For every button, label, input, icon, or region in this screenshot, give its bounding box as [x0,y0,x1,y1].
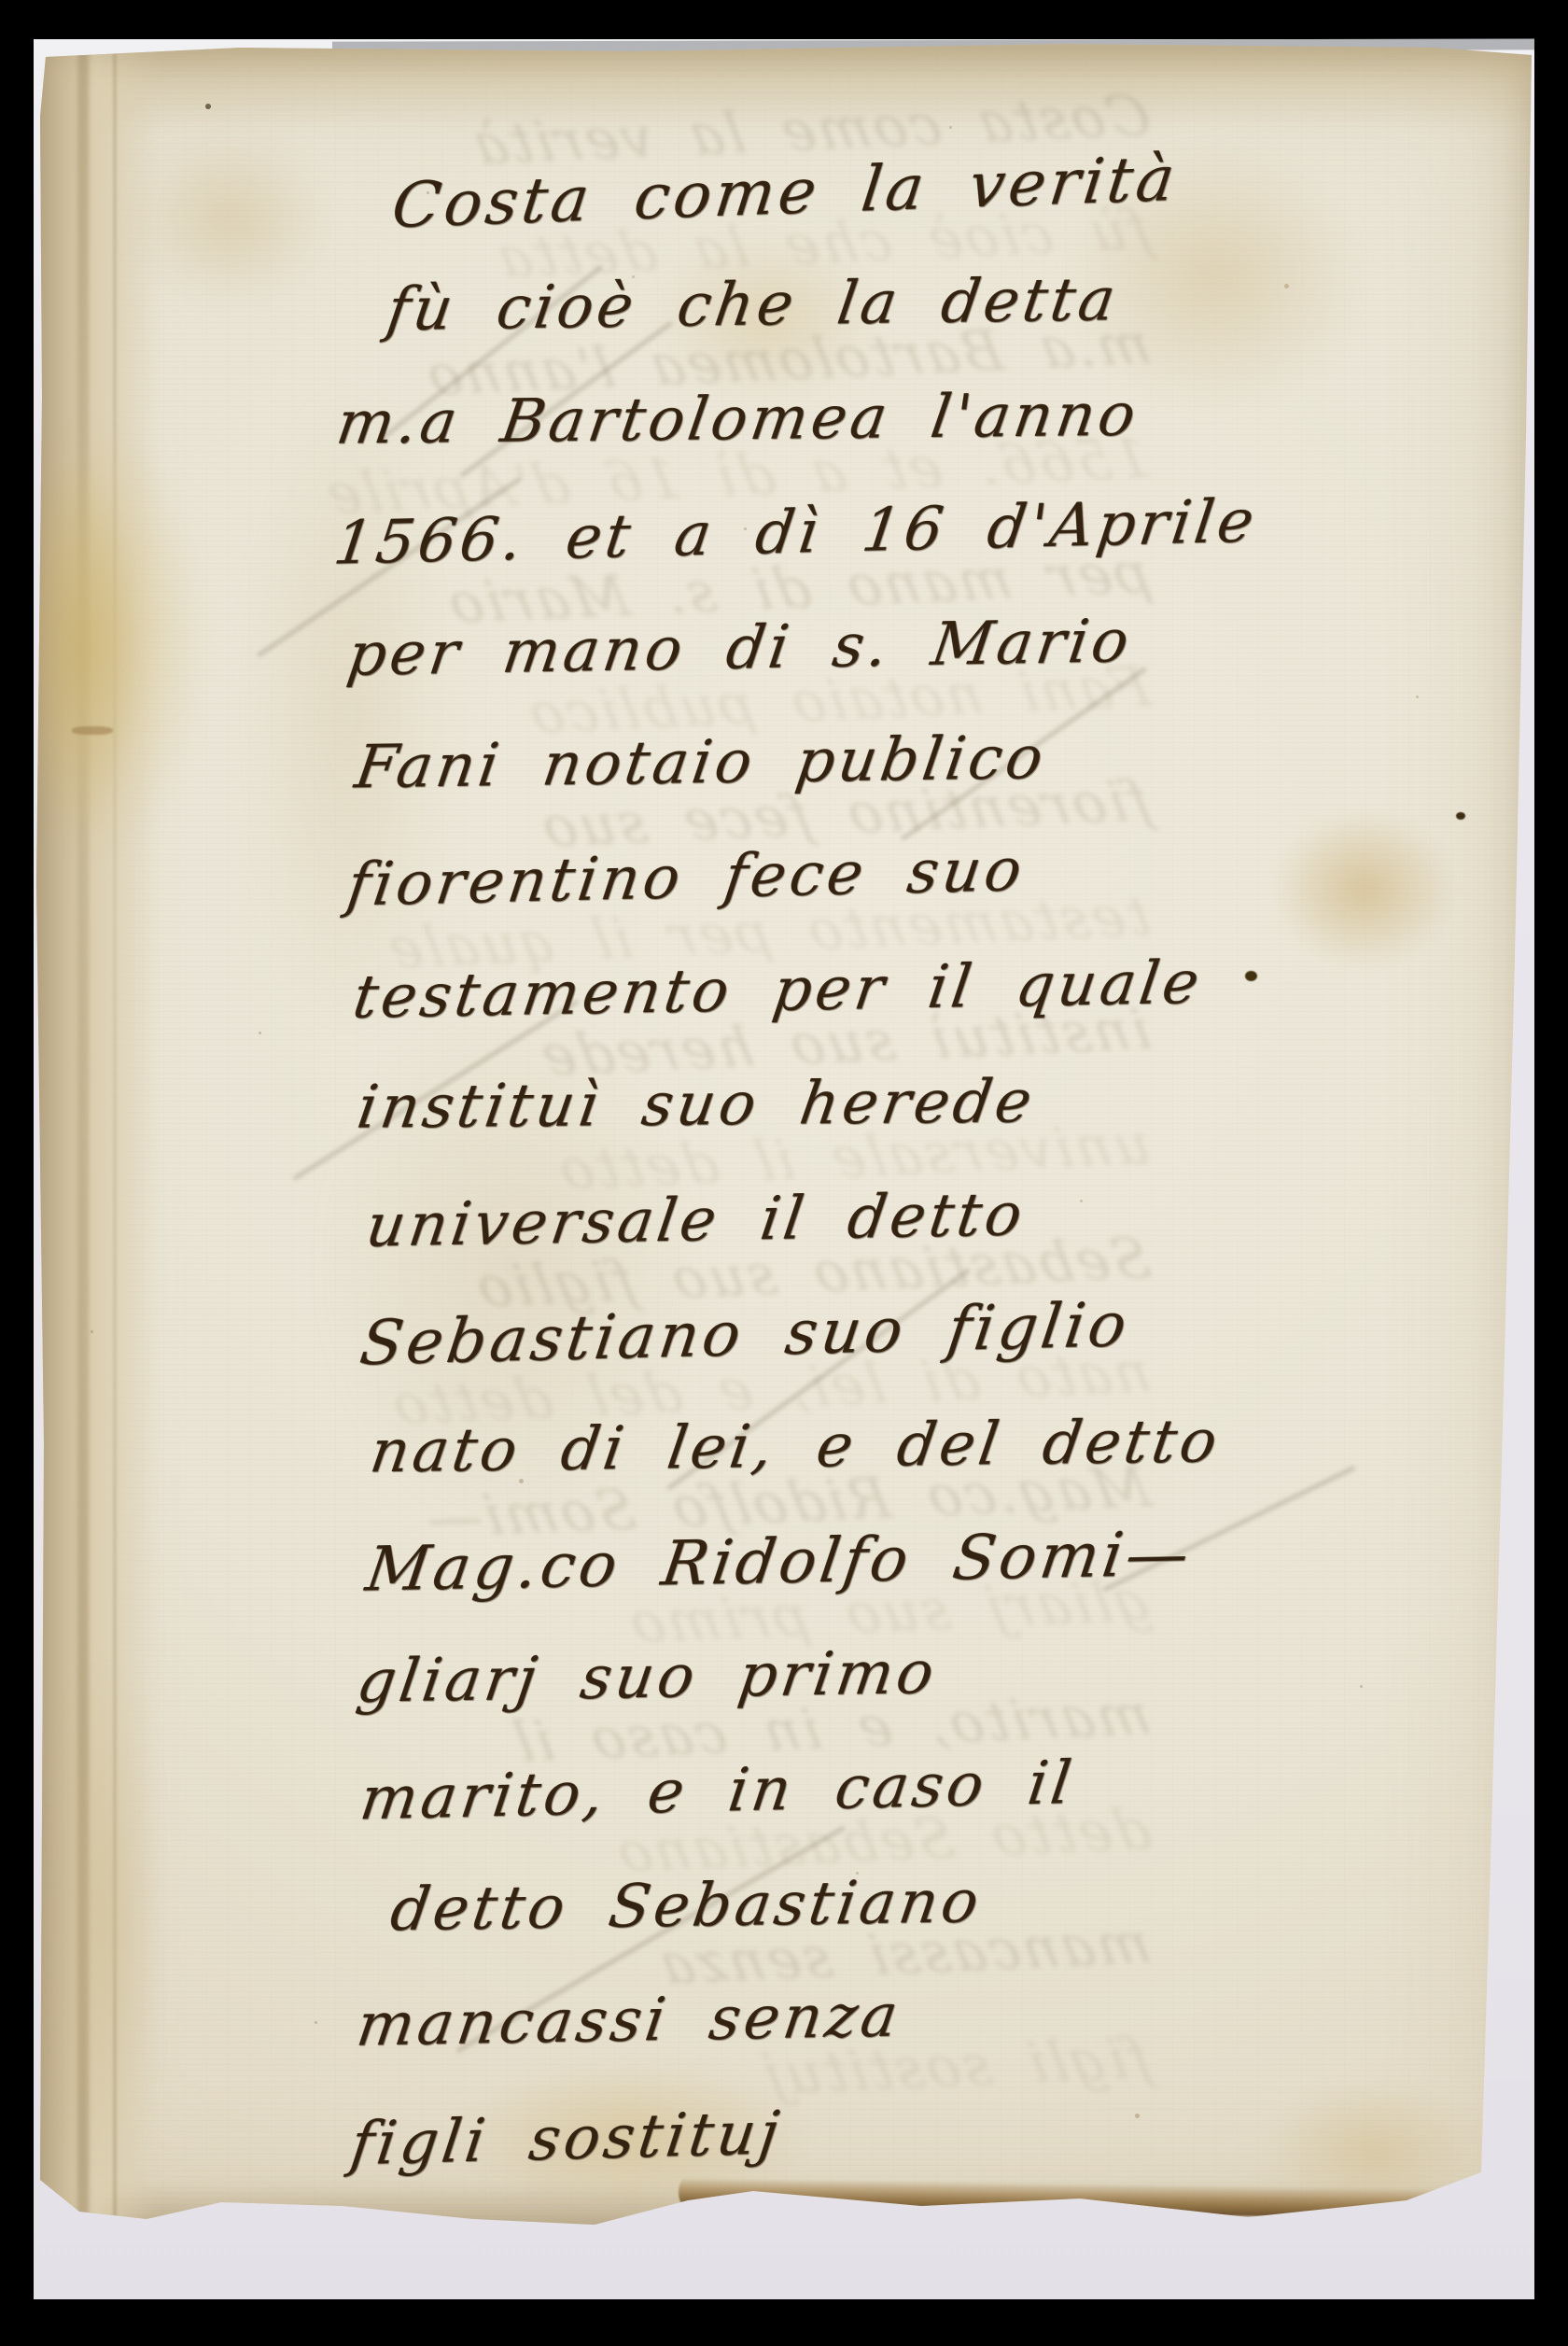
manuscript-line: detto Sebastiano [382,1848,1323,1975]
manuscript-line: testamento per il quale [344,933,1323,1063]
manuscript-line: m.a Bartolomea l'anno [328,364,1323,488]
manuscript-text-block: Costa come la veritàfù cioè che la detta… [343,141,1313,2198]
manuscript-line: universale il detto [357,1161,1323,1292]
gutter-crease-line [113,42,117,2233]
manuscript-line: marito, e in caso il [352,1730,1323,1866]
ink-speck [1456,812,1465,820]
manuscript-line: nato di lei, e del detto [361,1392,1323,1518]
stain-dash [72,726,113,735]
scan-backdrop: Costa come la veritàfù cioè che la detta… [34,39,1534,2299]
ink-speck [205,104,211,109]
manuscript-line: Mag.co Ridolfo Somi— [357,1503,1323,1636]
manuscript-page: Costa come la veritàfù cioè che la detta… [35,42,1535,2233]
manuscript-line: instituì suo herede [348,1051,1323,1173]
manuscript-line: 1566. et a dì 16 d'Aprile [326,471,1323,610]
manuscript-line: mancassi senza [348,1960,1323,2091]
paper-freckles [35,42,37,45]
manuscript-line: gliarj suo primo [348,1619,1323,1748]
manuscript-line: Sebastiano suo figlio [352,1271,1323,1409]
manuscript-line: fù cioè che la detta [378,248,1323,375]
manuscript-line: fiorentino fece suo [339,816,1323,952]
manuscript-line: figli sostituj [343,2071,1323,2210]
gutter-crease-dark [77,42,89,2233]
manuscript-line: per mano di s. Mario [339,590,1323,721]
manuscript-line: Costa come la verità [385,125,1323,272]
binding-gutter-band [35,42,161,2233]
photo-frame: Costa come la veritàfù cioè che la detta… [0,0,1568,2346]
top-edge-shading [35,42,1535,131]
manuscript-line: Fani notaio publico [346,706,1323,834]
